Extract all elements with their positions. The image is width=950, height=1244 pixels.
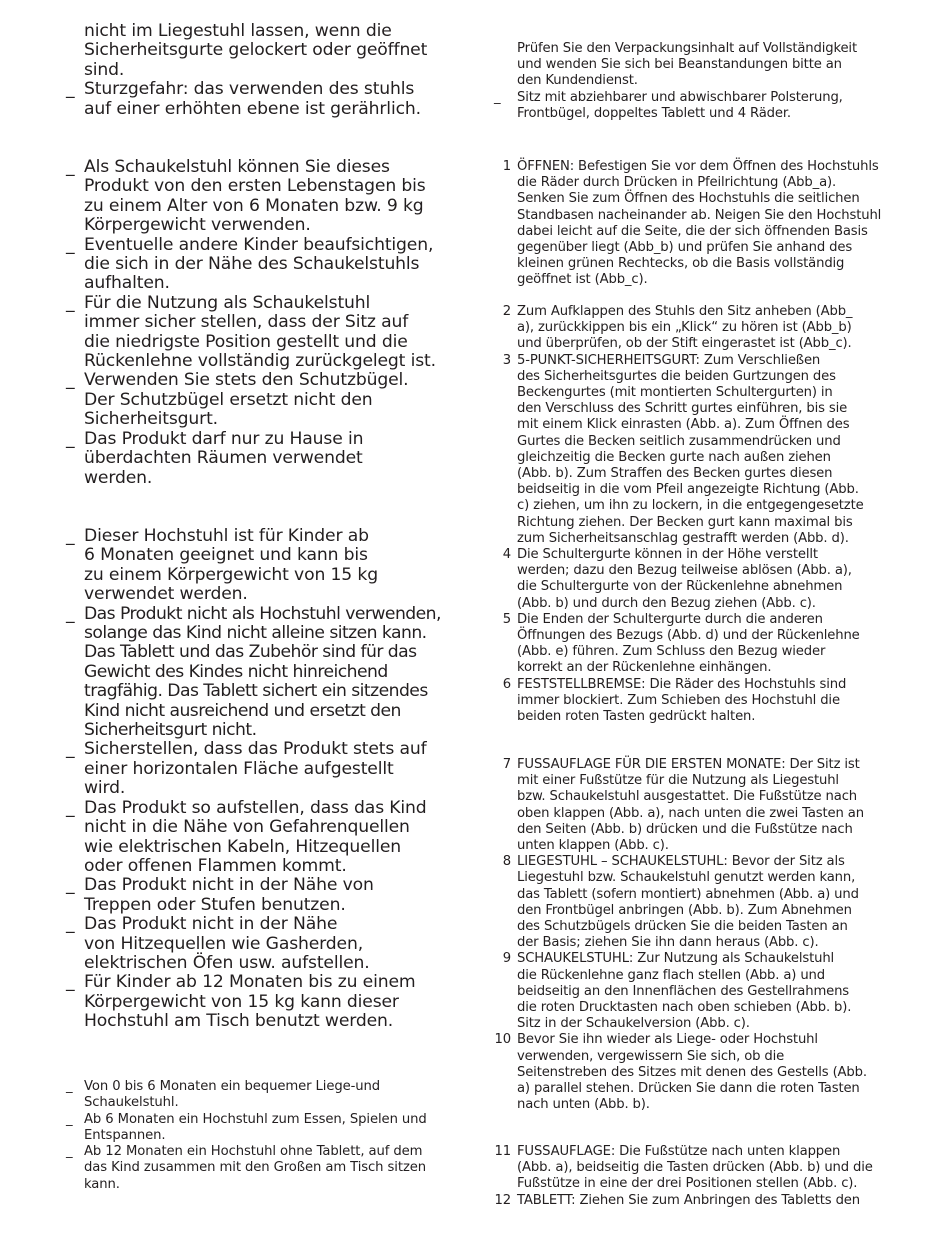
- bullet-dash: _: [66, 527, 74, 546]
- feature-item: _ Von 0 bis 6 Monaten ein bequemer Liege…: [66, 1079, 466, 1112]
- bullet-dash: _: [66, 1144, 73, 1160]
- step-number: 11: [494, 1144, 511, 1160]
- warning-item: _ Als Schaukelstuhl können Sie dieses Pr…: [66, 158, 466, 236]
- warning-text: Das Produkt nicht in der Nähe von Hitzeq…: [84, 915, 466, 973]
- warning-item: _ Für die Nutzung als Schaukelstuhl imme…: [66, 294, 466, 372]
- bullet-dash: _: [66, 371, 74, 390]
- warning-item: nicht im Liegestuhl lassen, wenn die Sic…: [66, 22, 466, 80]
- bullet-dash: _: [494, 90, 500, 106]
- steps-group-1: 1 ÖFFNEN: Befestigen Sie vor dem Öffnen …: [494, 159, 904, 289]
- steps-group-2: 2 Zum Aufklappen des Stuhls den Sitz anh…: [494, 304, 904, 725]
- step-number: 4: [494, 547, 511, 563]
- warning-text: Für Kinder ab 12 Monaten bis zu einem Kö…: [84, 973, 466, 1031]
- step-text: TABLETT: Ziehen Sie zum Anbringen des Ta…: [517, 1193, 904, 1209]
- bullet-dash: _: [66, 158, 74, 177]
- warning-text: nicht im Liegestuhl lassen, wenn die Sic…: [84, 22, 466, 80]
- warning-text: Für die Nutzung als Schaukelstuhl immer …: [84, 294, 466, 372]
- step-item: 12 TABLETT: Ziehen Sie zum Anbringen des…: [494, 1193, 904, 1209]
- warning-item: _ Dieser Hochstuhl ist für Kinder ab 6 M…: [66, 527, 466, 605]
- feature-text: Ab 6 Monaten ein Hochstuhl zum Essen, Sp…: [84, 1112, 466, 1145]
- step-item: 5 Die Enden der Schultergurte durch die …: [494, 612, 904, 677]
- bullet-dash: _: [66, 1112, 73, 1128]
- step-item: 1 ÖFFNEN: Befestigen Sie vor dem Öffnen …: [494, 159, 904, 289]
- feature-text: Von 0 bis 6 Monaten ein bequemer Liege-u…: [84, 1079, 466, 1112]
- step-item: 6 FESTSTELLBREMSE: Die Räder des Hochstu…: [494, 677, 904, 726]
- intro-warnings: nicht im Liegestuhl lassen, wenn die Sic…: [66, 22, 466, 119]
- warning-text: Das Produkt nicht als Hochstuhl verwende…: [84, 605, 466, 741]
- warning-item: _ Das Produkt nicht in der Nähe von Trep…: [66, 876, 466, 915]
- warning-item: _ Verwenden Sie stets den Schutzbügel. D…: [66, 371, 466, 429]
- warning-text: Das Produkt nicht in der Nähe von Treppe…: [84, 876, 466, 915]
- step-text: FESTSTELLBREMSE: Die Räder des Hochstuhl…: [517, 677, 904, 726]
- rocker-warnings: _ Als Schaukelstuhl können Sie dieses Pr…: [66, 158, 466, 488]
- step-number: 12: [494, 1193, 511, 1209]
- feature-text: Ab 12 Monaten ein Hochstuhl ohne Tablett…: [84, 1144, 466, 1193]
- step-item: 4 Die Schultergurte können in der Höhe v…: [494, 547, 904, 612]
- warning-text: Dieser Hochstuhl ist für Kinder ab 6 Mon…: [84, 527, 466, 605]
- bullet-dash: _: [66, 740, 74, 759]
- steps-group-4: 11 FUSSAUFLAGE: Die Fußstütze nach unten…: [494, 1144, 904, 1209]
- warning-item: _ Sicherstellen, dass das Produkt stets …: [66, 740, 466, 798]
- contents-item: _ Sitz mit abziehbarer und abwischbarer …: [494, 90, 904, 122]
- warning-text: Eventuelle andere Kinder beaufsichtigen,…: [84, 236, 466, 294]
- step-text: Die Enden der Schultergurte durch die an…: [517, 612, 904, 677]
- step-number: 9: [494, 951, 511, 967]
- warning-item: _ Eventuelle andere Kinder beaufsichtige…: [66, 236, 466, 294]
- step-number: 3: [494, 353, 511, 369]
- bullet-dash: _: [66, 1079, 73, 1095]
- step-item: 10 Bevor Sie ihn wieder als Liege- oder …: [494, 1032, 904, 1113]
- step-number: 8: [494, 854, 511, 870]
- warning-text: Sicherstellen, dass das Produkt stets au…: [84, 740, 466, 798]
- step-text: ÖFFNEN: Befestigen Sie vor dem Öffnen de…: [517, 159, 904, 289]
- step-number: 6: [494, 677, 511, 693]
- step-text: FUSSAUFLAGE: Die Fußstütze nach unten kl…: [517, 1144, 904, 1193]
- step-number: 2: [494, 304, 511, 320]
- warning-text: Als Schaukelstuhl können Sie dieses Prod…: [84, 158, 466, 236]
- warning-item: _ Das Produkt nicht als Hochstuhl verwen…: [66, 605, 466, 741]
- step-item: 3 5-PUNKT-SICHERHEITSGURT: Zum Verschlie…: [494, 353, 904, 547]
- step-number: 10: [494, 1032, 511, 1048]
- bullet-dash: _: [66, 876, 74, 895]
- contents-text: Sitz mit abziehbarer und abwischbarer Po…: [517, 90, 904, 122]
- step-number: 5: [494, 612, 511, 628]
- steps-group-3: 7 FUSSAUFLAGE FÜR DIE ERSTEN MONATE: Der…: [494, 757, 904, 1113]
- feature-item: _ Ab 12 Monaten ein Hochstuhl ohne Table…: [66, 1144, 466, 1193]
- step-item: 11 FUSSAUFLAGE: Die Fußstütze nach unten…: [494, 1144, 904, 1193]
- bullet-dash: _: [66, 973, 74, 992]
- step-item: 2 Zum Aufklappen des Stuhls den Sitz anh…: [494, 304, 904, 353]
- step-number: 7: [494, 757, 511, 773]
- feature-item: _ Ab 6 Monaten ein Hochstuhl zum Essen, …: [66, 1112, 466, 1145]
- feature-list: _ Von 0 bis 6 Monaten ein bequemer Liege…: [66, 1079, 466, 1193]
- step-text: 5-PUNKT-SICHERHEITSGURT: Zum Verschließe…: [517, 353, 904, 547]
- warning-item: _ Sturzgefahr: das verwenden des stuhls …: [66, 80, 466, 119]
- contents-item: Prüfen Sie den Verpackungsinhalt auf Vol…: [494, 41, 904, 90]
- step-text: SCHAUKELSTUHL: Zur Nutzung als Schaukels…: [517, 951, 904, 1032]
- step-text: Zum Aufklappen des Stuhls den Sitz anheb…: [517, 304, 904, 353]
- bullet-dash: _: [66, 236, 74, 255]
- contents-text: Prüfen Sie den Verpackungsinhalt auf Vol…: [517, 41, 904, 90]
- step-item: 9 SCHAUKELSTUHL: Zur Nutzung als Schauke…: [494, 951, 904, 1032]
- bullet-dash: _: [66, 915, 74, 934]
- warning-item: _ Für Kinder ab 12 Monaten bis zu einem …: [66, 973, 466, 1031]
- bullet-dash: _: [66, 430, 74, 449]
- warning-item: _ Das Produkt nicht in der Nähe von Hitz…: [66, 915, 466, 973]
- highchair-warnings: _ Dieser Hochstuhl ist für Kinder ab 6 M…: [66, 527, 466, 1032]
- warning-text: Verwenden Sie stets den Schutzbügel. Der…: [84, 371, 466, 429]
- step-text: FUSSAUFLAGE FÜR DIE ERSTEN MONATE: Der S…: [517, 757, 904, 854]
- step-number: 1: [494, 159, 511, 175]
- step-text: Die Schultergurte können in der Höhe ver…: [517, 547, 904, 612]
- step-text: LIEGESTUHL – SCHAUKELSTUHL: Bevor der Si…: [517, 854, 904, 951]
- step-text: Bevor Sie ihn wieder als Liege- oder Hoc…: [517, 1032, 904, 1113]
- bullet-dash: _: [66, 605, 74, 624]
- warning-text: Das Produkt so aufstellen, dass das Kind…: [84, 799, 466, 877]
- step-item: 8 LIEGESTUHL – SCHAUKELSTUHL: Bevor der …: [494, 854, 904, 951]
- bullet-dash: _: [66, 294, 74, 313]
- warning-item: _ Das Produkt so aufstellen, dass das Ki…: [66, 799, 466, 877]
- warning-item: _ Das Produkt darf nur zu Hause in überd…: [66, 430, 466, 488]
- bullet-dash: _: [66, 80, 74, 99]
- step-item: 7 FUSSAUFLAGE FÜR DIE ERSTEN MONATE: Der…: [494, 757, 904, 854]
- package-contents: Prüfen Sie den Verpackungsinhalt auf Vol…: [494, 41, 904, 122]
- bullet-dash: _: [66, 799, 74, 818]
- warning-text: Das Produkt darf nur zu Hause in überdac…: [84, 430, 466, 488]
- warning-text: Sturzgefahr: das verwenden des stuhls au…: [84, 80, 466, 119]
